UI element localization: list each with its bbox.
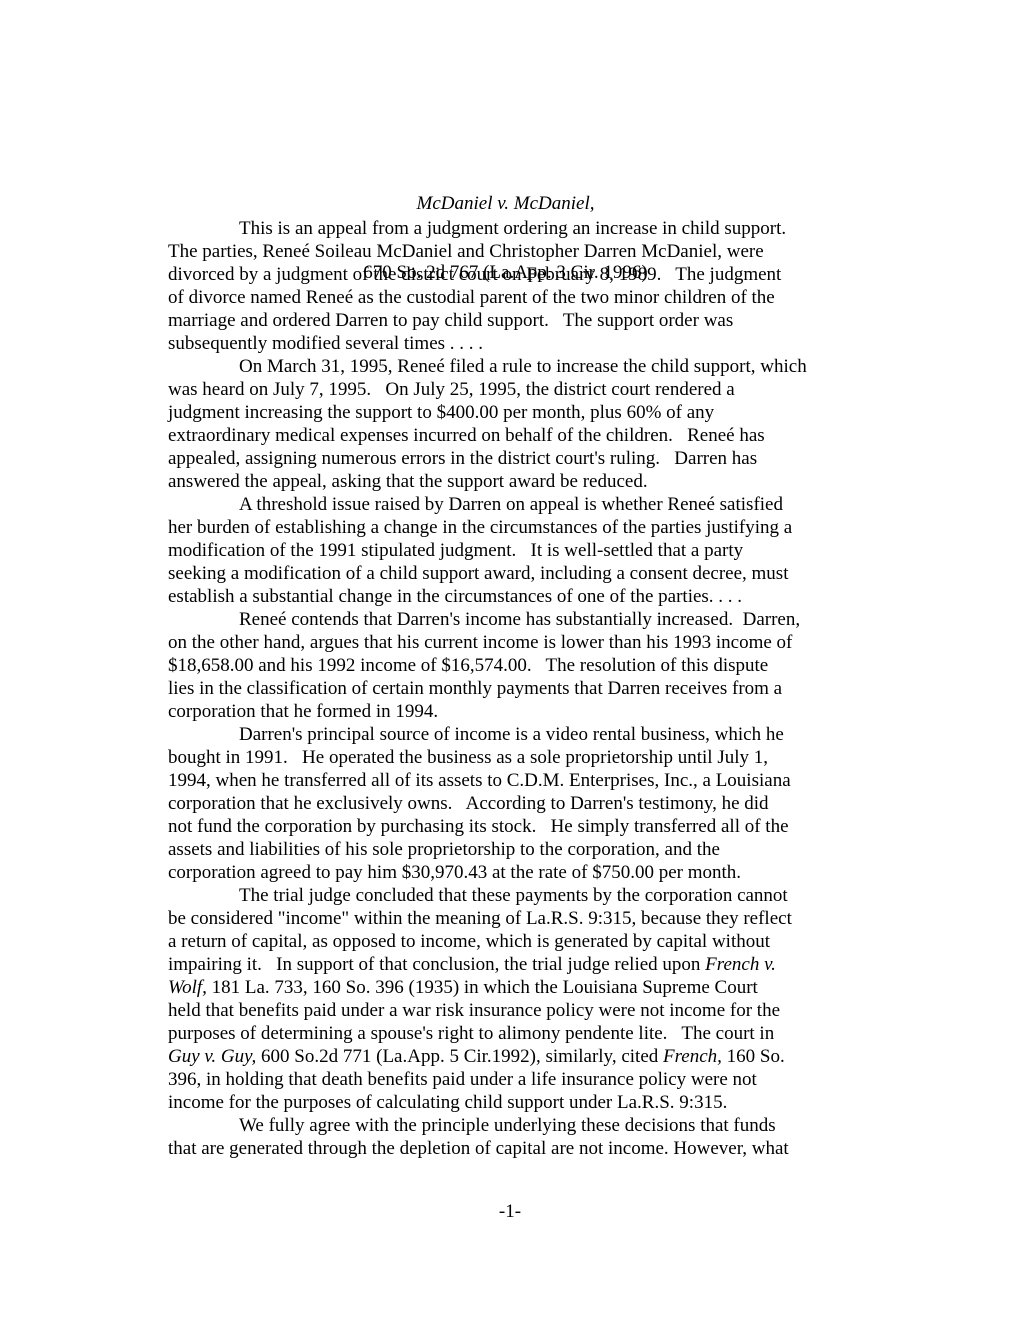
text-run: her burden of establishing a change in t… — [168, 517, 792, 538]
text-run: not fund the corporation by purchasing i… — [168, 816, 789, 837]
text-line: a return of capital, as opposed to incom… — [168, 930, 843, 953]
text-run: Reneé contends that Darren's income has … — [239, 609, 800, 630]
text-line: not fund the corporation by purchasing i… — [168, 815, 843, 838]
text-line: seeking a modification of a child suppor… — [168, 562, 843, 585]
text-run: corporation agreed to pay him $30,970.43… — [168, 862, 741, 883]
case-name: McDaniel v. McDaniel, — [168, 192, 843, 215]
text-line: marriage and ordered Darren to pay child… — [168, 309, 843, 332]
paragraph: Reneé contends that Darren's income has … — [168, 608, 843, 723]
paragraph: A threshold issue raised by Darren on ap… — [168, 493, 843, 608]
text-run: The parties, Reneé Soileau McDaniel and … — [168, 241, 764, 262]
text-run: judgment increasing the support to $400.… — [168, 402, 714, 423]
text-line: corporation agreed to pay him $30,970.43… — [168, 861, 843, 884]
text-run: establish a substantial change in the ci… — [168, 586, 742, 607]
text-run: corporation that he exclusively owns. Ac… — [168, 793, 769, 814]
text-line: her burden of establishing a change in t… — [168, 516, 843, 539]
text-line: Guy v. Guy, 600 So.2d 771 (La.App. 5 Cir… — [168, 1045, 843, 1068]
text-run: extraordinary medical expenses incurred … — [168, 425, 765, 446]
text-line: We fully agree with the principle underl… — [168, 1114, 843, 1137]
text-run: that are generated through the depletion… — [168, 1138, 789, 1159]
text-run: on the other hand, argues that his curre… — [168, 632, 792, 653]
paragraph: On March 31, 1995, Reneé filed a rule to… — [168, 355, 843, 493]
document-body: This is an appeal from a judgment orderi… — [168, 217, 843, 1160]
text-line: 1994, when he transferred all of its ass… — [168, 769, 843, 792]
text-line: judgment increasing the support to $400.… — [168, 401, 843, 424]
text-line: bought in 1991. He operated the business… — [168, 746, 843, 769]
italic-text-run: French v. — [705, 954, 776, 975]
text-line: The trial judge concluded that these pay… — [168, 884, 843, 907]
text-line: divorced by a judgment of the district c… — [168, 263, 843, 286]
text-line: of divorce named Reneé as the custodial … — [168, 286, 843, 309]
text-line: that are generated through the depletion… — [168, 1137, 843, 1160]
text-run: $18,658.00 and his 1992 income of $16,57… — [168, 655, 768, 676]
text-run: corporation that he formed in 1994. — [168, 701, 438, 722]
text-run: This is an appeal from a judgment orderi… — [239, 218, 786, 239]
text-run: 160 So. — [722, 1046, 785, 1067]
italic-text-run: Guy v. Guy, — [168, 1046, 256, 1067]
text-line: subsequently modified several times . . … — [168, 332, 843, 355]
text-line: answered the appeal, asking that the sup… — [168, 470, 843, 493]
text-run: impairing it. In support of that conclus… — [168, 954, 705, 975]
text-line: purposes of determining a spouse's right… — [168, 1022, 843, 1045]
text-line: A threshold issue raised by Darren on ap… — [168, 493, 843, 516]
text-line: be considered "income" within the meanin… — [168, 907, 843, 930]
text-run: The trial judge concluded that these pay… — [239, 885, 788, 906]
text-line: on the other hand, argues that his curre… — [168, 631, 843, 654]
text-run: We fully agree with the principle underl… — [239, 1115, 776, 1136]
text-line: lies in the classification of certain mo… — [168, 677, 843, 700]
text-line: corporation that he formed in 1994. — [168, 700, 843, 723]
paragraph: Darren's principal source of income is a… — [168, 723, 843, 884]
text-run: assets and liabilities of his sole propr… — [168, 839, 720, 860]
text-run: 181 La. 733, 160 So. 396 (1935) in which… — [207, 977, 758, 998]
page-footer: -1- — [0, 1200, 1020, 1223]
text-run: seeking a modification of a child suppor… — [168, 563, 788, 584]
text-run: 1994, when he transferred all of its ass… — [168, 770, 791, 791]
page-number: -1- — [499, 1201, 521, 1222]
text-line: establish a substantial change in the ci… — [168, 585, 843, 608]
text-line: Reneé contends that Darren's income has … — [168, 608, 843, 631]
document-page: McDaniel v. McDaniel, 670 So. 2d 767 (La… — [0, 0, 1020, 1320]
text-line: held that benefits paid under a war risk… — [168, 999, 843, 1022]
text-run: was heard on July 7, 1995. On July 25, 1… — [168, 379, 735, 400]
text-run: be considered "income" within the meanin… — [168, 908, 792, 929]
text-run: modification of the 1991 stipulated judg… — [168, 540, 743, 561]
text-run: lies in the classification of certain mo… — [168, 678, 782, 699]
paragraph: We fully agree with the principle underl… — [168, 1114, 843, 1160]
text-line: appealed, assigning numerous errors in t… — [168, 447, 843, 470]
italic-text-run: Wolf, — [168, 977, 207, 998]
text-run: 600 So.2d 771 (La.App. 5 Cir.1992), simi… — [256, 1046, 663, 1067]
text-line: Wolf, 181 La. 733, 160 So. 396 (1935) in… — [168, 976, 843, 999]
text-run: On March 31, 1995, Reneé filed a rule to… — [239, 356, 807, 377]
text-line: The parties, Reneé Soileau McDaniel and … — [168, 240, 843, 263]
paragraph: This is an appeal from a judgment orderi… — [168, 217, 843, 355]
text-line: extraordinary medical expenses incurred … — [168, 424, 843, 447]
text-run: bought in 1991. He operated the business… — [168, 747, 768, 768]
text-run: income for the purposes of calculating c… — [168, 1092, 727, 1113]
text-run: answered the appeal, asking that the sup… — [168, 471, 648, 492]
text-line: assets and liabilities of his sole propr… — [168, 838, 843, 861]
text-line: Darren's principal source of income is a… — [168, 723, 843, 746]
text-run: a return of capital, as opposed to incom… — [168, 931, 770, 952]
text-line: This is an appeal from a judgment orderi… — [168, 217, 843, 240]
text-line: On March 31, 1995, Reneé filed a rule to… — [168, 355, 843, 378]
text-line: modification of the 1991 stipulated judg… — [168, 539, 843, 562]
text-run: divorced by a judgment of the district c… — [168, 264, 781, 285]
text-run: appealed, assigning numerous errors in t… — [168, 448, 757, 469]
text-line: income for the purposes of calculating c… — [168, 1091, 843, 1114]
text-run: A threshold issue raised by Darren on ap… — [239, 494, 783, 515]
text-run: marriage and ordered Darren to pay child… — [168, 310, 733, 331]
text-run: of divorce named Reneé as the custodial … — [168, 287, 775, 308]
text-run: held that benefits paid under a war risk… — [168, 1000, 780, 1021]
text-run: 396, in holding that death benefits paid… — [168, 1069, 757, 1090]
text-run: Darren's principal source of income is a… — [239, 724, 784, 745]
text-line: impairing it. In support of that conclus… — [168, 953, 843, 976]
text-run: subsequently modified several times . . … — [168, 333, 483, 354]
paragraph: The trial judge concluded that these pay… — [168, 884, 843, 1114]
text-line: was heard on July 7, 1995. On July 25, 1… — [168, 378, 843, 401]
text-line: corporation that he exclusively owns. Ac… — [168, 792, 843, 815]
italic-text-run: French, — [663, 1046, 722, 1067]
text-run: purposes of determining a spouse's right… — [168, 1023, 774, 1044]
text-line: 396, in holding that death benefits paid… — [168, 1068, 843, 1091]
text-line: $18,658.00 and his 1992 income of $16,57… — [168, 654, 843, 677]
